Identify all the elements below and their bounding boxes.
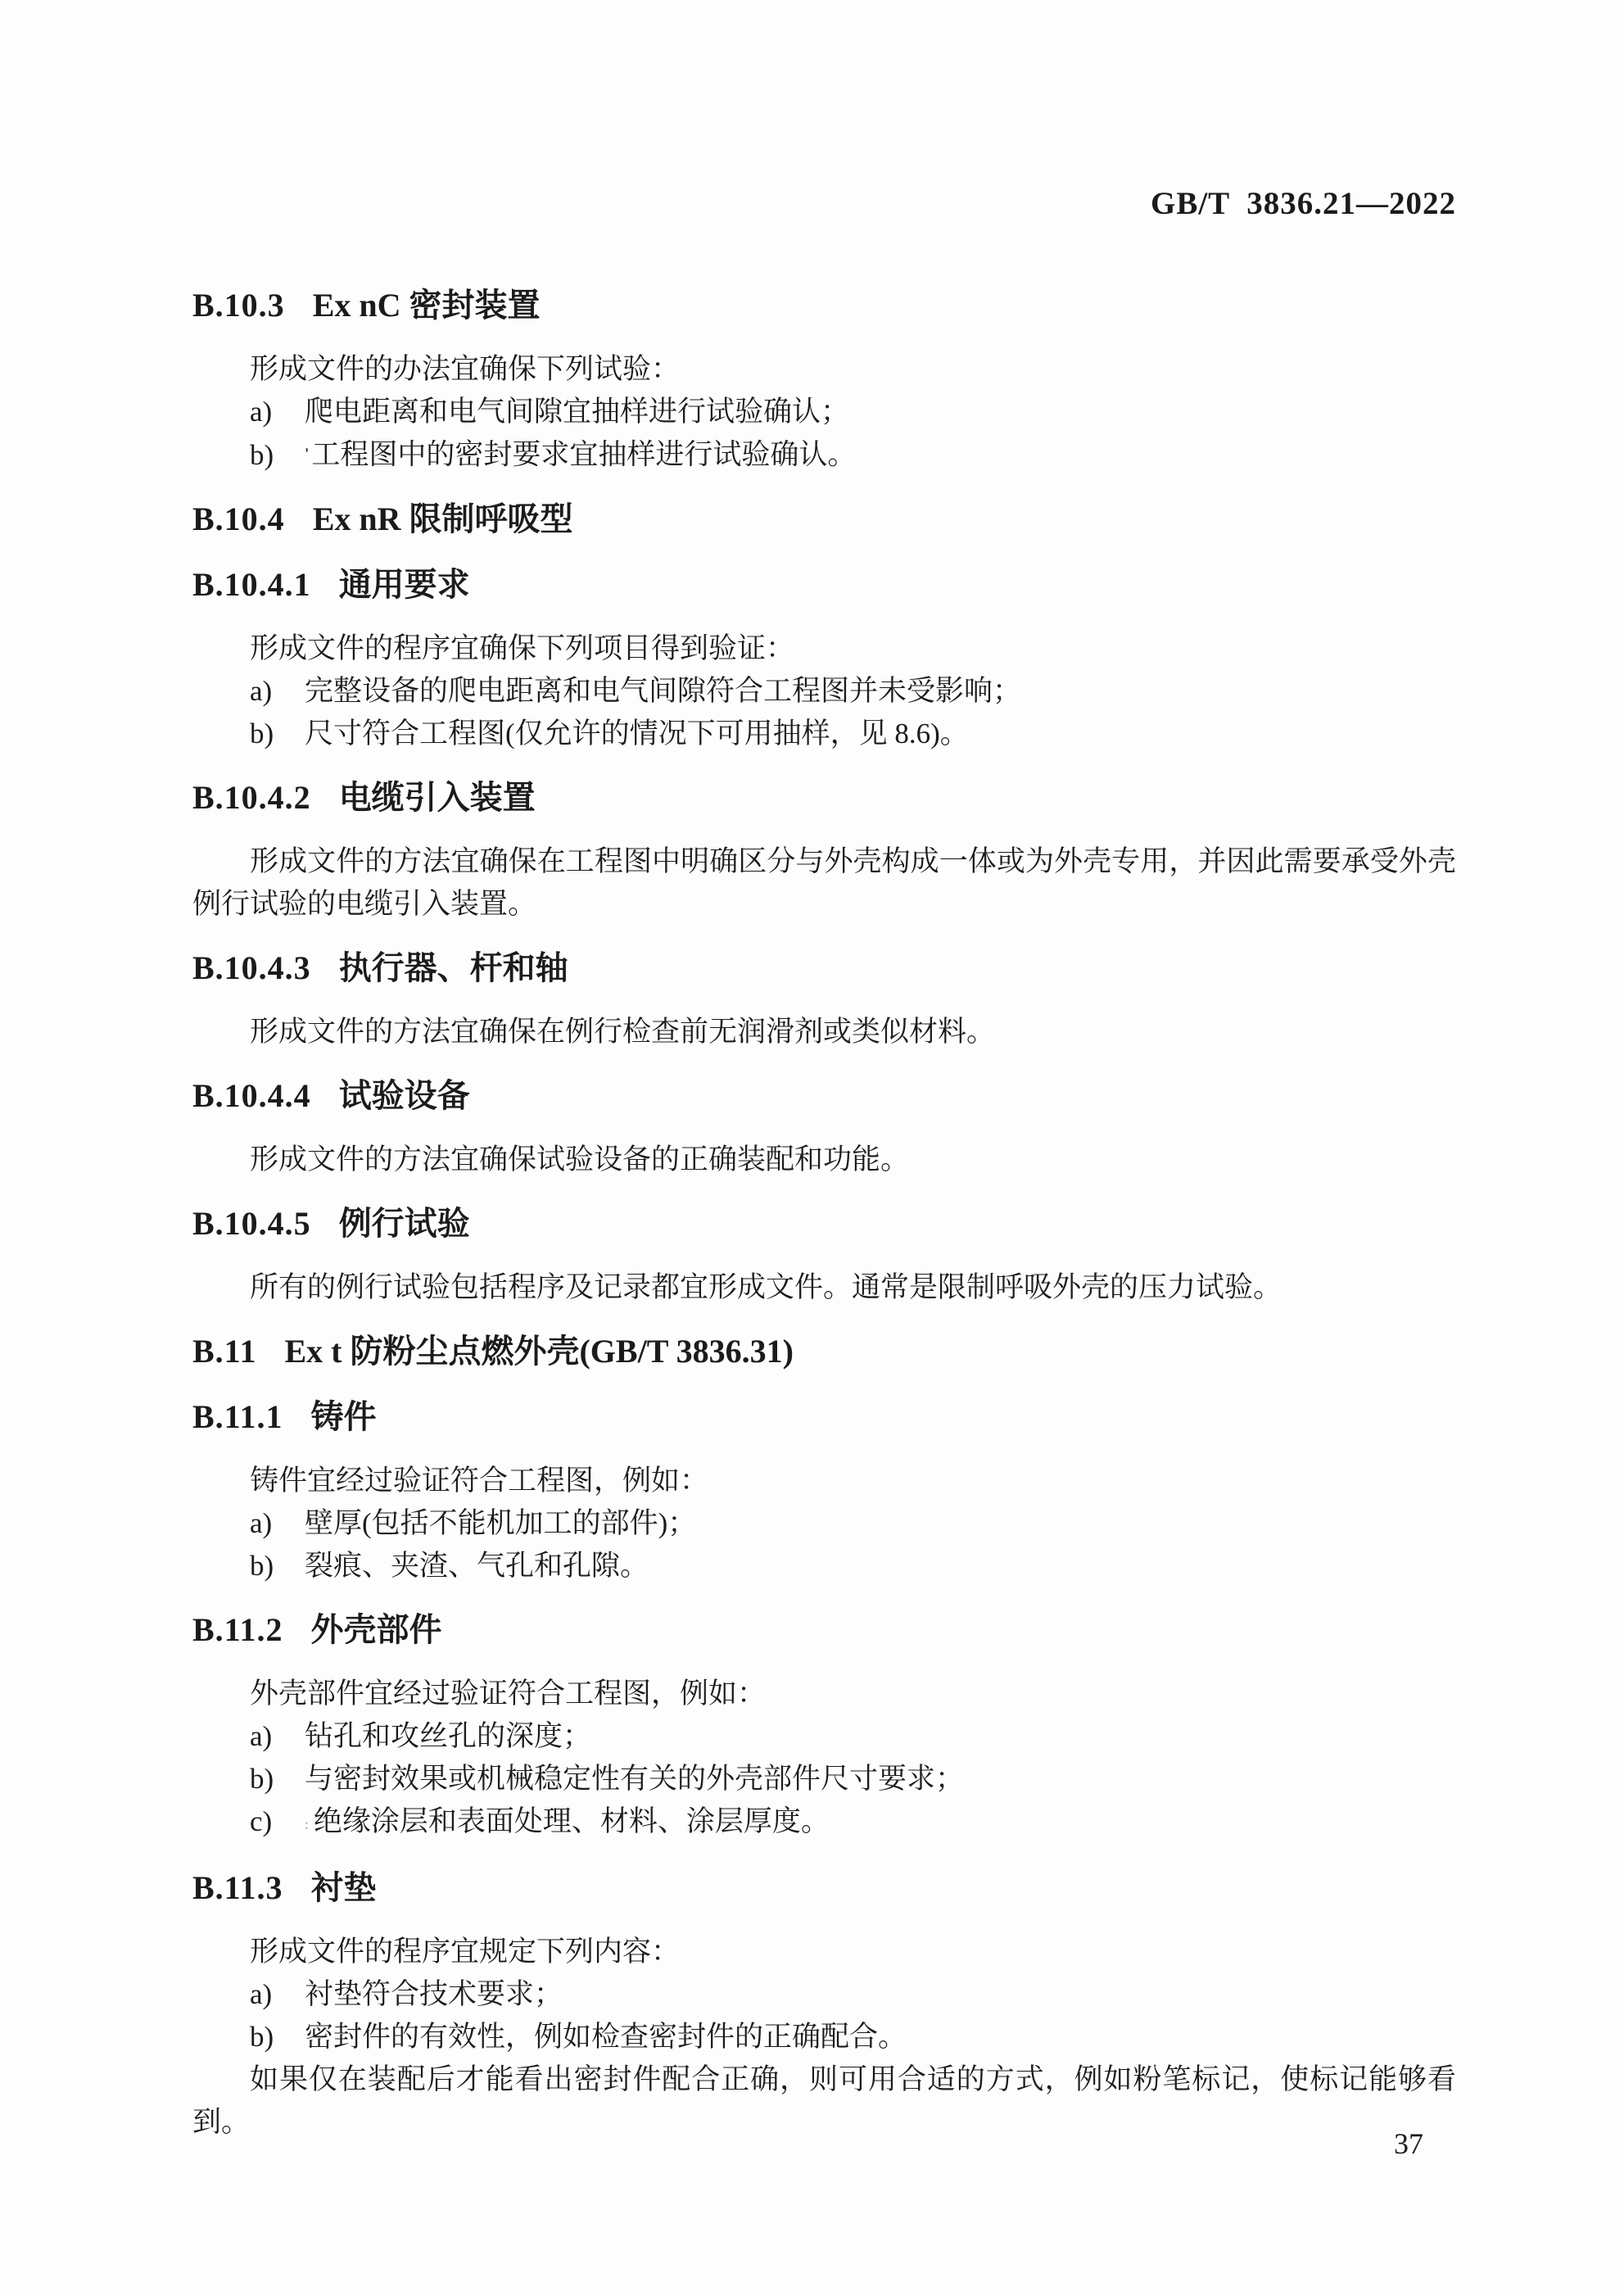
heading-title: 铸件 (310, 1398, 376, 1435)
list-item: a)衬垫符合技术要求； (192, 1973, 1456, 2016)
paragraph: 形成文件的方法宜确保在例行检查前无润滑剂或类似材料。 (192, 1011, 1456, 1053)
heading-title: Ex t 防粉尘点燃外壳(GB/T 3836.31) (284, 1333, 794, 1370)
paragraph: 铸件宜经过验证符合工程图，例如： (192, 1460, 1456, 1502)
list-item-text: 裂痕、夹渣、气孔和孔隙。 (305, 1550, 649, 1582)
section-heading-b-10-4-4: B.10.4.4试验设备 (192, 1073, 1456, 1119)
paragraph: 如果仅在装配后才能看出密封件配合正确，则可用合适的方式，例如粉笔标记，使标记能够… (192, 2058, 1456, 2144)
list-item-label: b) (250, 434, 305, 477)
heading-title: Ex nR 限制呼吸型 (313, 500, 573, 537)
heading-number: B.11 (192, 1333, 256, 1370)
list-item-label: b) (250, 1545, 305, 1587)
page-number: 37 (1394, 2126, 1423, 2161)
section-heading-b-11-2: B.11.2外壳部件 (192, 1607, 1456, 1653)
list-item-text: 爬电距离和电气间隙宜抽样进行试验确认； (305, 396, 849, 428)
heading-title: 试验设备 (339, 1077, 470, 1114)
list-item-label: b) (250, 2016, 305, 2058)
paragraph: 形成文件的程序宜规定下列内容： (192, 1931, 1456, 1973)
section-heading-b-11: B.11Ex t 防粉尘点燃外壳(GB/T 3836.31) (192, 1329, 1456, 1374)
print-artifact-mark: ' (305, 446, 309, 463)
heading-title: Ex nC 密封装置 (313, 287, 541, 324)
heading-title: 衬垫 (310, 1869, 376, 1906)
list-item: c):绝缘涂层和表面处理、材料、涂层厚度。 (192, 1800, 1456, 1845)
list-item-label: a) (250, 670, 305, 713)
section-heading-b-10-4-1: B.10.4.1通用要求 (192, 562, 1456, 608)
list-item: b)裂痕、夹渣、气孔和孔隙。 (192, 1545, 1456, 1587)
heading-title: 电缆引入装置 (339, 779, 536, 816)
list-item-label: a) (250, 1715, 305, 1758)
list-item: a)钻孔和攻丝孔的深度； (192, 1715, 1456, 1758)
heading-number: B.10.4 (192, 500, 285, 537)
paragraph: 形成文件的方法宜确保试验设备的正确装配和功能。 (192, 1139, 1456, 1181)
list-item-text: 密封件的有效性，例如检查密封件的正确配合。 (305, 2021, 907, 2053)
heading-title: 通用要求 (339, 566, 470, 603)
heading-number: B.10.4.3 (192, 949, 311, 986)
print-artifact-mark: : (305, 1816, 309, 1832)
paragraph: 形成文件的程序宜确保下列项目得到验证： (192, 627, 1456, 670)
list-item-text: 绝缘涂层和表面处理、材料、涂层厚度。 (314, 1805, 830, 1837)
list-item: a)壁厚(包括不能机加工的部件)； (192, 1502, 1456, 1545)
list-item-label: b) (250, 713, 305, 755)
section-heading-b-10-3: B.10.3Ex nC 密封装置 (192, 283, 1456, 328)
heading-number: B.11.3 (192, 1869, 283, 1906)
section-heading-b-10-4-5: B.10.4.5例行试验 (192, 1201, 1456, 1247)
list-item-text: 与密封效果或机械稳定性有关的外壳部件尺寸要求； (305, 1763, 964, 1795)
list-item-label: b) (250, 1758, 305, 1800)
paragraph: 外壳部件宜经过验证符合工程图，例如： (192, 1673, 1456, 1715)
heading-title: 例行试验 (339, 1205, 470, 1242)
paragraph: 所有的例行试验包括程序及记录都宜形成文件。通常是限制呼吸外壳的压力试验。 (192, 1266, 1456, 1309)
list-item: a)完整设备的爬电距离和电气间隙符合工程图并未受影响； (192, 670, 1456, 713)
list-item: b)与密封效果或机械稳定性有关的外壳部件尺寸要求； (192, 1758, 1456, 1800)
list-item-text: 壁厚(包括不能机加工的部件)； (305, 1507, 696, 1539)
list-item: b)尺寸符合工程图(仅允许的情况下可用抽样，见 8.6)。 (192, 713, 1456, 755)
list-item-label: a) (250, 1973, 305, 2016)
section-heading-b-10-4-2: B.10.4.2电缆引入装置 (192, 775, 1456, 821)
document-body: B.10.3Ex nC 密封装置 形成文件的办法宜确保下列试验： a)爬电距离和… (192, 263, 1456, 2144)
heading-number: B.11.1 (192, 1398, 283, 1435)
standard-number-header: GB/T 3836.21—2022 (1151, 185, 1456, 222)
heading-number: B.10.4.1 (192, 566, 311, 603)
paragraph: 形成文件的办法宜确保下列试验： (192, 348, 1456, 391)
list-item-label: c) (250, 1800, 305, 1843)
list-item: b)密封件的有效性，例如检查密封件的正确配合。 (192, 2016, 1456, 2058)
list-item-label: a) (250, 391, 305, 433)
section-heading-b-11-3: B.11.3衬垫 (192, 1865, 1456, 1911)
section-heading-b-10-4-3: B.10.4.3执行器、杆和轴 (192, 945, 1456, 991)
list-item-text: 工程图中的密封要求宜抽样进行试验确认。 (311, 439, 856, 471)
list-item-label: a) (250, 1502, 305, 1545)
list-item-text: 钻孔和攻丝孔的深度； (305, 1720, 591, 1752)
list-item: b)'工程图中的密封要求宜抽样进行试验确认。 (192, 433, 1456, 477)
heading-title: 外壳部件 (310, 1611, 441, 1648)
heading-title: 执行器、杆和轴 (339, 949, 568, 986)
heading-number: B.10.4.2 (192, 779, 311, 816)
heading-number: B.11.2 (192, 1611, 283, 1648)
list-item-text: 完整设备的爬电距离和电气间隙符合工程图并未受影响； (305, 675, 1021, 707)
list-item-text: 衬垫符合技术要求； (305, 1978, 563, 2010)
heading-number: B.10.4.5 (192, 1205, 311, 1242)
section-heading-b-10-4: B.10.4Ex nR 限制呼吸型 (192, 496, 1456, 542)
section-heading-b-11-1: B.11.1铸件 (192, 1394, 1456, 1440)
document-page: GB/T 3836.21—2022 B.10.3Ex nC 密封装置 形成文件的… (0, 0, 1624, 2296)
heading-number: B.10.3 (192, 287, 285, 324)
paragraph: 形成文件的方法宜确保在工程图中明确区分与外壳构成一体或为外壳专用，并因此需要承受… (192, 840, 1456, 926)
list-item: a)爬电距离和电气间隙宜抽样进行试验确认； (192, 391, 1456, 433)
list-item-text: 尺寸符合工程图(仅允许的情况下可用抽样，见 8.6)。 (305, 718, 969, 749)
heading-number: B.10.4.4 (192, 1077, 311, 1114)
